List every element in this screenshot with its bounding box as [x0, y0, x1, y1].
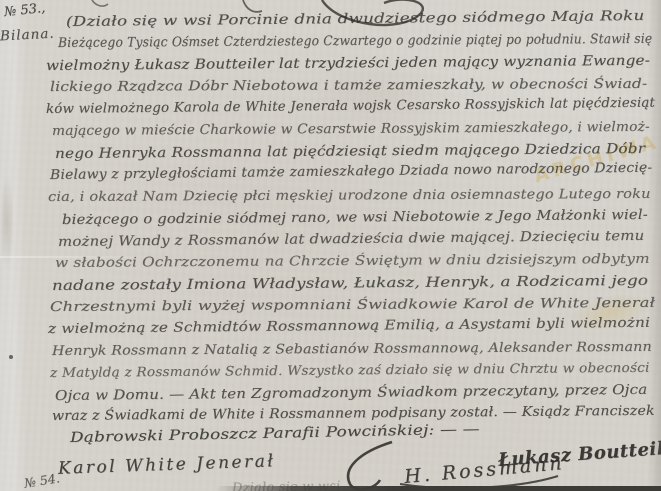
manuscript-line: z wielmożną ze Schmidtów Rossmannową Emi…	[48, 316, 650, 337]
manuscript-line: nadane zostały Imiona Władysław, Łukasz,…	[52, 273, 648, 294]
scan-bottom-edge	[215, 486, 661, 491]
signature-h-rossmann: H. Rossmann	[403, 452, 565, 488]
manuscript-line: lickiego Rządzca Dóbr Niebotowa i tamże …	[50, 77, 647, 95]
manuscript-line: ków wielmożnego Karola de White Jenerała…	[46, 96, 655, 117]
manuscript-line: nego Henryka Rossmanna lat pięćdziesiąt …	[55, 141, 645, 162]
manuscript-line: bieżącego o godzinie siódmej rano, we ws…	[62, 207, 648, 228]
manuscript-line: mającego w mieście Charkowie w Cesarstwi…	[52, 120, 650, 139]
next-record-number: № 54.	[23, 470, 61, 490]
manuscript-line: Dąbrowski Proboszcz Parafii Powcińskiej:…	[70, 421, 480, 446]
manuscript-page: ARCHIWA № 53., Bilana. № 54. (Działo się…	[0, 0, 661, 491]
ink-speck	[9, 355, 13, 359]
manuscript-line: Chrzestnymi byli wyżej wspomniani Świadk…	[50, 296, 655, 315]
manuscript-line: wielmożny Łukasz Boutteiler lat trzydzie…	[46, 53, 650, 74]
archive-watermark: ARCHIWA	[531, 131, 661, 188]
record-number: № 53.,	[3, 1, 46, 20]
manuscript-line: wraz z Świadkami de White i Rossmannem p…	[52, 404, 655, 424]
manuscript-line: możnej Wandy z Rossmanów lat dwadzieścia…	[58, 228, 645, 250]
manuscript-line: w słabości Ochrzczonemu na Chrzcie Święt…	[55, 252, 650, 271]
manuscript-line: Bieżącego Tysiąc Ośmset Czterdziestego C…	[58, 32, 652, 51]
manuscript-line: Henryk Rossmann z Natalią z Sebastianów …	[52, 340, 652, 359]
manuscript-line: z Matyldą z Rossmanów Schmid. Wszystko z…	[50, 361, 650, 381]
signature-karol-white: Karol White Jenerał	[58, 451, 276, 479]
manuscript-line: cia, i okazał Nam Dziecię płci męskiej u…	[48, 187, 651, 205]
scan-right-edge-shadow	[648, 0, 661, 491]
record-place-name: Bilana.	[0, 26, 55, 45]
manuscript-line: Bielawy z przyległościami tamże zamieszk…	[50, 161, 652, 183]
manuscript-line: (Działo się w wsi Porcinie dnia dwudzies…	[66, 8, 645, 30]
manuscript-line: Ojca w Domu. — Akt ten Zgromadzonym Świa…	[55, 382, 648, 404]
